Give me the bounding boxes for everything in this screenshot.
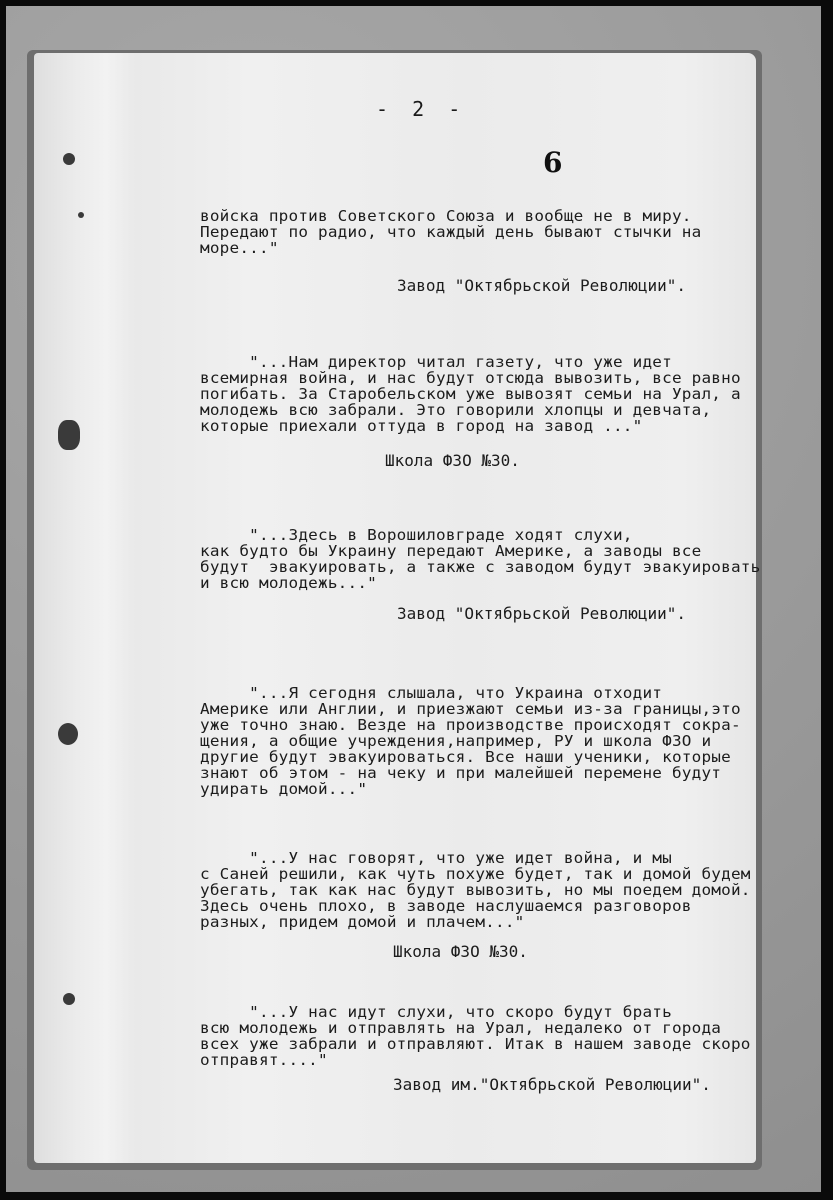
punch-hole-icon bbox=[63, 153, 75, 165]
text-line: "...Нам директор читал газету, что уже и… bbox=[200, 355, 672, 370]
text-line: будут эвакуировать, а также с заводом бу… bbox=[200, 560, 760, 575]
text-line: "...У нас говорят, что уже идет война, и… bbox=[200, 851, 672, 866]
source-attribution: Завод "Октябрьской Революции". bbox=[397, 276, 686, 295]
text-line: убегать, так как нас будут вывозить, но … bbox=[200, 883, 751, 898]
punch-hole-icon bbox=[63, 993, 75, 1005]
punch-hole-icon bbox=[78, 212, 84, 218]
text-line: как будто бы Украину передают Америке, а… bbox=[200, 544, 701, 559]
text-line: всех уже забрали и отправляют. Итак в на… bbox=[200, 1037, 751, 1052]
text-line: всемирная война, и нас будут отсюда выво… bbox=[200, 371, 741, 386]
text-line: Америке или Англии, и приезжают семьи из… bbox=[200, 702, 741, 717]
text-line: Здесь очень плохо, в заводе наслушаемся … bbox=[200, 899, 692, 914]
text-line: щения, а общие учреждения,например, РУ и… bbox=[200, 734, 711, 749]
text-line: "...Я сегодня слышала, что Украина отход… bbox=[200, 686, 662, 701]
source-attribution: Школа ФЗО №30. bbox=[385, 451, 520, 470]
text-line: погибать. За Старобельском уже вывозят с… bbox=[200, 387, 741, 402]
text-line: молодежь всю забрали. Это говорили хлопц… bbox=[200, 403, 711, 418]
text-line: "...Здесь в Ворошиловграде ходят слухи, bbox=[200, 528, 633, 543]
sheet-number: 6 bbox=[543, 146, 562, 179]
text-line: Передают по радио, что каждый день бываю… bbox=[200, 225, 701, 240]
text-line: и всю молодежь..." bbox=[200, 576, 377, 591]
text-line: всю молодежь и отправлять на Урал, недал… bbox=[200, 1021, 721, 1036]
text-line: разных, придем домой и плачем..." bbox=[200, 915, 524, 930]
text-line: с Саней решили, как чуть похуже будет, т… bbox=[200, 867, 751, 882]
page-marker: - 2 - bbox=[376, 97, 460, 121]
text-line: "...У нас идут слухи, что скоро будут бр… bbox=[200, 1005, 672, 1020]
source-attribution: Школа ФЗО №30. bbox=[393, 942, 528, 961]
text-line: море..." bbox=[200, 241, 279, 256]
text-line: знают об этом - на чеку и при малейшей п… bbox=[200, 766, 721, 781]
source-attribution: Завод им."Октябрьской Революции". bbox=[393, 1075, 711, 1094]
text-line: отправят...." bbox=[200, 1053, 328, 1068]
text-line: уже точно знаю. Везде на производстве пр… bbox=[200, 718, 741, 733]
text-line: которые приехали оттуда в город на завод… bbox=[200, 419, 642, 434]
text-line: войска против Советского Союза и вообще … bbox=[200, 209, 692, 224]
punch-hole-icon bbox=[58, 723, 78, 745]
source-attribution: Завод "Октябрьской Революции". bbox=[397, 604, 686, 623]
text-line: другие будут эвакуироваться. Все наши уч… bbox=[200, 750, 731, 765]
punch-hole-icon bbox=[58, 420, 80, 450]
text-line: удирать домой..." bbox=[200, 782, 367, 797]
